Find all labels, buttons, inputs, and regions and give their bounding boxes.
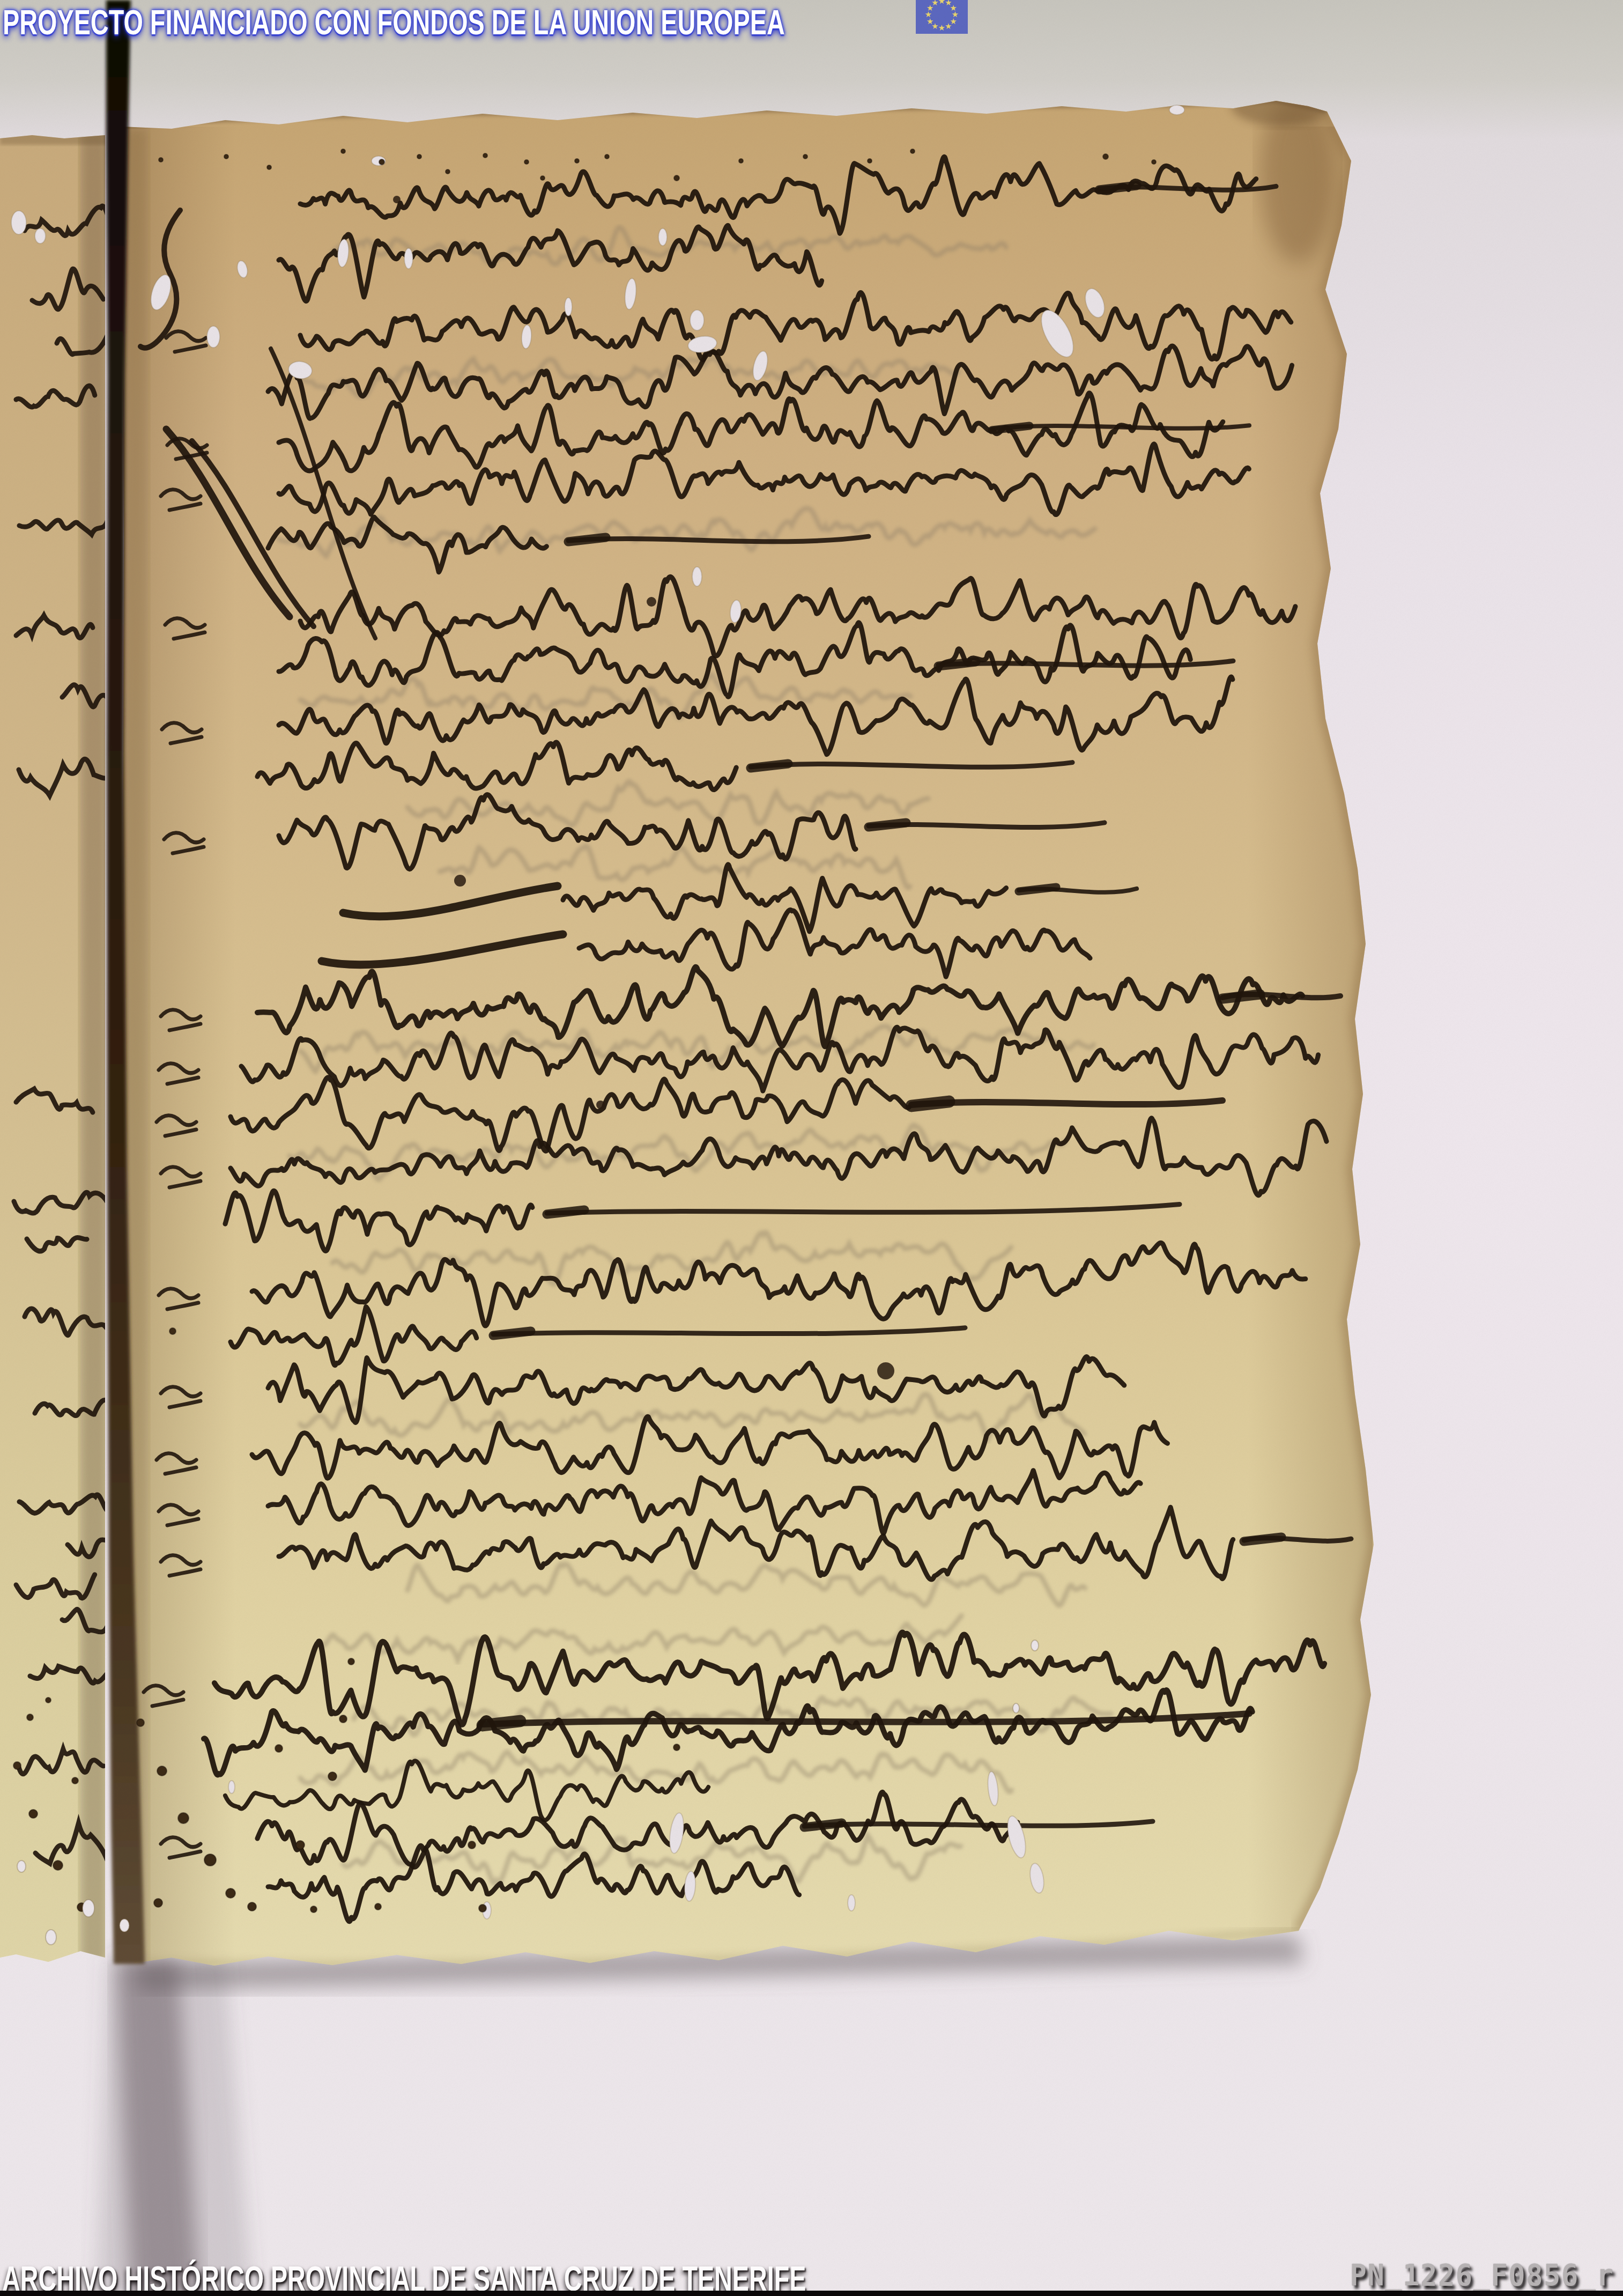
- scan-bottom-edge: [0, 2291, 1623, 2296]
- manuscript-photo: ★★★★★★★★★★★★: [0, 0, 1623, 2296]
- left-page-strip: [0, 129, 107, 1963]
- eu-star-icon: ★: [945, 22, 952, 31]
- archival-scan-viewer: ★★★★★★★★★★★★ PROYECTO FINANCIADO CON FON…: [0, 0, 1623, 2296]
- funding-banner-title: PROYECTO FINANCIADO CON FONDOS DE LA UNI…: [3, 2, 785, 42]
- reference-code-caption: PN_1226_F0856_r: [1350, 2258, 1614, 2293]
- eu-flag-icon: ★★★★★★★★★★★★: [916, 0, 968, 34]
- eu-star-icon: ★: [938, 24, 945, 33]
- eu-star-icon: ★: [931, 0, 938, 8]
- eu-star-icon: ★: [938, 0, 945, 6]
